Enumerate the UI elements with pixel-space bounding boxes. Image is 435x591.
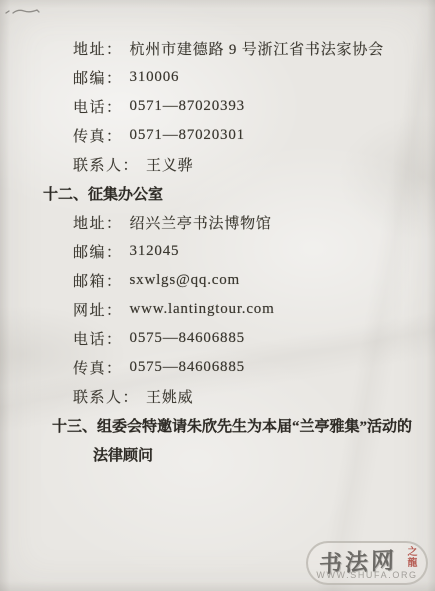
field-value: 王义骅	[146, 154, 193, 175]
field-label: 联系人：	[73, 154, 139, 175]
field-label: 邮编：	[73, 241, 123, 262]
phone-line: 电话： 0575—84606885	[0, 324, 435, 353]
field-label: 传真：	[73, 125, 123, 146]
field-label: 邮编：	[73, 67, 123, 88]
field-label: 网址：	[73, 299, 123, 320]
section-12-heading: 十二、征集办公室	[0, 179, 435, 208]
field-label: 传真：	[73, 357, 123, 378]
phone-line: 电话： 0571—87020393	[0, 92, 435, 121]
field-label: 电话：	[73, 328, 123, 349]
field-value: 0575—84606885	[130, 330, 245, 347]
field-label: 联系人：	[73, 386, 139, 407]
section-13-heading-continued: 法律顾问	[0, 440, 435, 469]
field-label: 邮箱：	[73, 270, 123, 291]
document-body: 地址： 杭州市建德路 9 号浙江省书法家协会 邮编： 310006 电话： 05…	[0, 0, 435, 469]
scanned-document-page: 地址： 杭州市建德路 9 号浙江省书法家协会 邮编： 310006 电话： 05…	[0, 0, 435, 591]
field-value: www.lantingtour.com	[130, 301, 275, 318]
field-value: 310006	[130, 69, 180, 86]
field-value: 绍兴兰亭书法博物馆	[130, 212, 272, 233]
address-line: 地址： 绍兴兰亭书法博物馆	[0, 208, 435, 237]
heading-text: 法律顾问	[93, 444, 153, 465]
fax-line: 传真： 0571—87020301	[0, 121, 435, 150]
field-value: 0575—84606885	[130, 359, 245, 376]
field-value: 312045	[130, 243, 180, 260]
section-13-heading: 十三、组委会特邀请朱欣先生为本届“兰亭雅集”活动的	[0, 411, 435, 440]
field-value: 王姚威	[146, 386, 193, 407]
field-value: 杭州市建德路 9 号浙江省书法家协会	[130, 38, 384, 59]
field-label: 地址：	[73, 38, 123, 59]
heading-text: 十二、征集办公室	[43, 183, 163, 204]
field-value: sxwlgs@qq.com	[130, 272, 240, 289]
fax-line: 传真： 0575—84606885	[0, 353, 435, 382]
watermark-url: WWW.SHUFA.ORG	[308, 570, 426, 580]
website-line: 网址： www.lantingtour.com	[0, 295, 435, 324]
email-line: 邮箱： sxwlgs@qq.com	[0, 266, 435, 295]
postcode-line: 邮编： 310006	[0, 63, 435, 92]
field-label: 地址：	[73, 212, 123, 233]
shufa-watermark: 书法网 之龍 WWW.SHUFA.ORG	[306, 541, 428, 585]
red-seal-icon: 之龍	[406, 547, 419, 569]
contact-person-line: 联系人： 王义骅	[0, 150, 435, 179]
postcode-line: 邮编： 312045	[0, 237, 435, 266]
heading-text: 十三、组委会特邀请朱欣先生为本届“兰亭雅集”活动的	[52, 415, 412, 436]
field-value: 0571—87020301	[130, 127, 245, 144]
address-line: 地址： 杭州市建德路 9 号浙江省书法家协会	[0, 34, 435, 63]
field-value: 0571—87020393	[130, 98, 245, 115]
field-label: 电话：	[73, 96, 123, 117]
contact-person-line: 联系人： 王姚威	[0, 382, 435, 411]
